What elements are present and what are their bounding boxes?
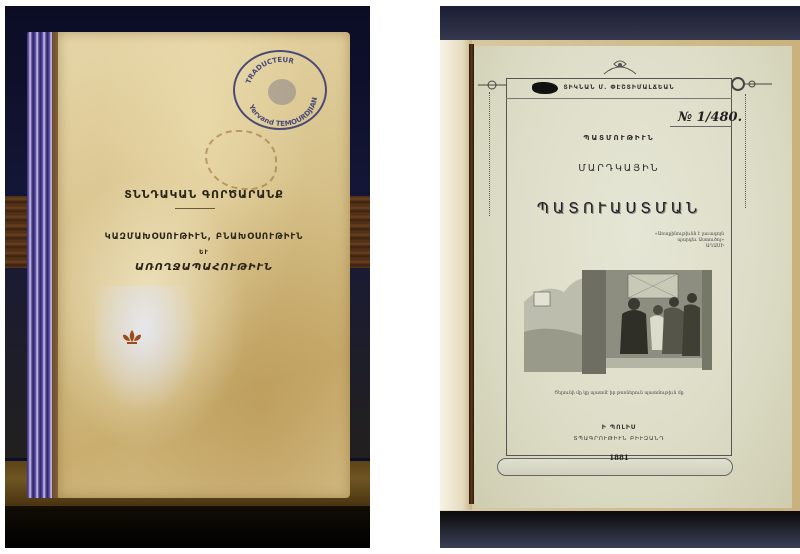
left-book-photo: TRADUCTEUR Yervand TEMOURDJIAN ՏՆՆԴԱԿԱՆ …: [5, 6, 370, 548]
cover-title-line-3: ԵՒ: [58, 249, 350, 256]
engraving-caption: Ծերունի մը կը պատմէ իր թոռներուն պատմութ…: [506, 391, 732, 396]
cover-title-line-4: ԱՌՈՂՋԱՊԱՀՈՒԹԻՒՆ: [58, 262, 350, 273]
handwritten-underline: [670, 126, 732, 127]
right-chain-ornament: [745, 94, 750, 208]
library-stamp: TRADUCTEUR Yervand TEMOURDJIAN: [233, 50, 327, 130]
engraving-illustration: [524, 262, 714, 378]
left-chain-ornament: [489, 92, 494, 216]
cover-title-line-1: ՏՆՆԴԱԿԱՆ ԳՈՐԾԱՐԱՆՔ: [58, 188, 350, 201]
cover-title-line-2: ԿԱԶՄԱԽՕՍՈՒԹԻՒՆ, ԲՆԱԽՕՍՈՒԹԻՒՆ: [58, 232, 350, 242]
epigraph-attribution: ԱՂԱՍԻ: [614, 244, 724, 250]
right-book-photo: ՏԻԿՆԱՆ Մ. ՓԷՇՏԻՄԱԼՃԵԱՆ № 1/480. ՊԱՏՄՈՒԹԻ…: [440, 6, 800, 548]
paper-tear: [95, 286, 215, 436]
shelf-shadow: [5, 506, 370, 548]
book-flyleaf: [440, 40, 472, 510]
title-line-3: ՊԱՏՈՒԱՍՏՄԱՆ: [506, 199, 732, 217]
title-divider: [175, 208, 215, 209]
author-line: ՏԻԿՆԱՆ Մ. ՓԷՇՏԻՄԱԼՃԵԱՆ: [506, 84, 732, 91]
fleur-ornament-icon: [117, 326, 147, 348]
imprint-place: Ի ՊՈԼԻՍ: [506, 424, 732, 431]
epigraph: «Առաքինութիւնն է լաւագոյն պարգեւ Աստուծո…: [614, 232, 724, 250]
imprint-press: ՏՊԱԳՐՈՒԹԻՒՆ ԲԻՒԶԱՆԴ: [506, 436, 732, 442]
imprint-year: 1881: [506, 453, 732, 462]
title-line-2: ՄԱՐԴԿԱՅԻՆ: [506, 163, 732, 174]
right-scroll-ornament-icon: [730, 74, 774, 94]
ribbon-ornament-icon: [600, 58, 640, 78]
title-line-1: ՊԱՏՄՈՒԹԻՒՆ: [506, 134, 732, 142]
shelf-shadow: [440, 511, 800, 548]
stamp-seal-icon: TRADUCTEUR Yervand TEMOURDJIAN: [235, 52, 329, 132]
author-rule: [506, 98, 732, 99]
handwritten-inventory-number: № 1/480.: [678, 110, 742, 125]
